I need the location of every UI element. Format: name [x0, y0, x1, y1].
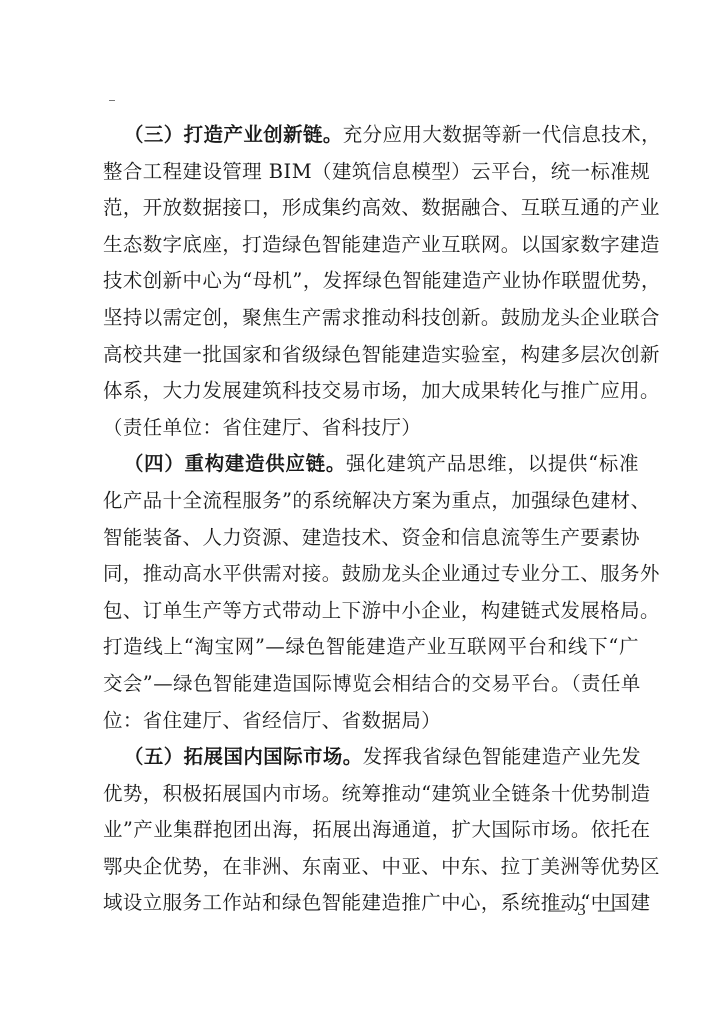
- paragraph-text: 充分应用大数据等新一代信息技术，: [343, 123, 661, 146]
- paragraph-text: 强化建筑产品思维，以提供“标准: [346, 452, 639, 475]
- section-4-heading: （四）重构建造供应链。: [124, 452, 346, 475]
- paragraph-text: 发挥我省绿色智能建造产业先发: [363, 745, 641, 768]
- page-number: — 3 —: [548, 900, 619, 920]
- paragraph-line: 鄂央企优势，在非洲、东南亚、中亚、中东、拉丁美洲等优势区: [103, 849, 639, 886]
- scan-artifact: [109, 100, 115, 101]
- section-3-heading: （三）打造产业创新链。: [124, 123, 343, 146]
- paragraph-line: 坚持以需定创，聚焦生产需求推动科技创新。鼓励龙头企业联合: [103, 300, 639, 337]
- section-5-heading: （五）拓展国内国际市场。: [124, 745, 363, 768]
- paragraph-line: 生态数字底座，打造绿色智能建造产业互联网。以国家数字建造: [103, 227, 639, 264]
- paragraph-line: 化产品十全流程服务”的系统解决方案为重点，加强绿色建材、: [103, 483, 639, 520]
- paragraph-line: 整合工程建设管理 BIM（建筑信息模型）云平台，统一标准规: [103, 154, 639, 191]
- paragraph-line: 智能装备、人力资源、建造技术、资金和信息流等生产要素协: [103, 520, 639, 557]
- document-page: （三）打造产业创新链。充分应用大数据等新一代信息技术， 整合工程建设管理 BIM…: [0, 0, 720, 1018]
- responsible-units: 位：省住建厅、省经信厅、省数据局）: [103, 703, 639, 740]
- paragraph-line: 同，推动高水平供需对接。鼓励龙头企业通过专业分工、服务外: [103, 556, 639, 593]
- paragraph-line: 业”产业集群抱团出海，拓展出海通道，扩大国际市场。依托在: [103, 812, 639, 849]
- paragraph-line: 技术创新中心为“母机”，发挥绿色智能建造产业协作联盟优势，: [103, 263, 639, 300]
- paragraph-line: 体系，大力发展建筑科技交易市场，加大成果转化与推广应用。: [103, 373, 639, 410]
- paragraph-line: 打造线上“淘宝网”—绿色智能建造产业互联网平台和线下“广: [103, 629, 639, 666]
- section-4-line-1: （四）重构建造供应链。强化建筑产品思维，以提供“标准: [103, 446, 639, 483]
- section-5-line-1: （五）拓展国内国际市场。发挥我省绿色智能建造产业先发: [103, 739, 639, 776]
- paragraph-line: 优势，积极拓展国内市场。统筹推动“建筑业全链条十优势制造: [103, 776, 639, 813]
- responsible-units: （责任单位：省住建厅、省科技厅）: [103, 410, 639, 447]
- section-3-line-1: （三）打造产业创新链。充分应用大数据等新一代信息技术，: [103, 117, 639, 154]
- paragraph-line: 交会”—绿色智能建造国际博览会相结合的交易平台。（责任单: [103, 666, 639, 703]
- paragraph-line: 包、订单生产等方式带动上下游中小企业，构建链式发展格局。: [103, 593, 639, 630]
- paragraph-line: 高校共建一批国家和省级绿色智能建造实验室，构建多层次创新: [103, 337, 639, 374]
- paragraph-line: 范，开放数据接口，形成集约高效、数据融合、互联互通的产业: [103, 190, 639, 227]
- document-body: （三）打造产业创新链。充分应用大数据等新一代信息技术， 整合工程建设管理 BIM…: [103, 117, 639, 922]
